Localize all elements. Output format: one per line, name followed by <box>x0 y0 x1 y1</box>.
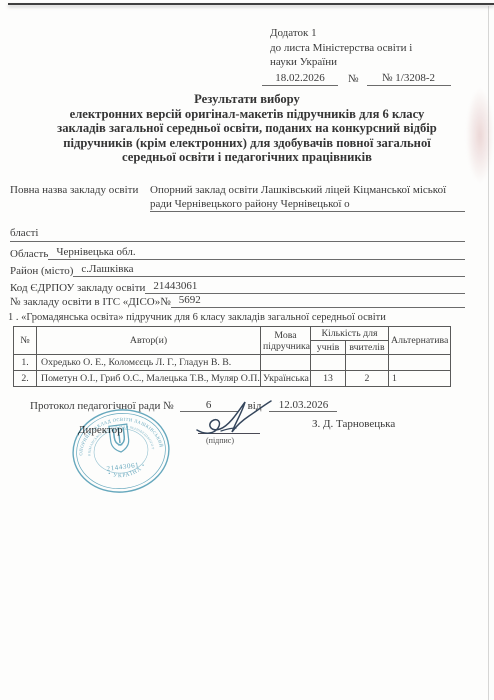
col-header-alternative: Альтернатива <box>389 327 451 355</box>
cell-alternative: 1 <box>389 371 451 387</box>
col-header-teachers: вчителів <box>346 341 389 355</box>
annex-number: № 1/3208-2 <box>367 71 451 87</box>
field-row-diso: № закладу освіти в ІТС «ДІСО»№ 5692 <box>10 294 465 308</box>
official-stamp: ОПОРНИЙ ЗАКЛАД ОСВІТИ ЛАШКІВСЬКИЙ ЛІЦЕЙ … <box>65 401 177 501</box>
title-line: електронних версій оригінал-макетів підр… <box>0 107 494 122</box>
field-value: 5692 <box>171 294 465 308</box>
school-name-value-line2: ради Чернівецького району Чернівецької о <box>150 198 465 212</box>
field-label: Район (місто) <box>10 265 73 277</box>
director-name: З. Д. Тарновецька <box>312 418 395 430</box>
table-row: 2. Пометун О.І., Гриб О.С., Малецька Т.В… <box>14 371 451 387</box>
field-row-region: Область Чернівецька обл. <box>10 246 465 260</box>
cell-num: 2. <box>14 371 37 387</box>
school-name-label: Повна назва закладу освіти <box>10 184 138 196</box>
page-title: Результати вибору електронних версій ори… <box>0 92 494 165</box>
cell-authors: Охредько О. Е., Коломєєць Л. Г., Гладун … <box>37 355 261 371</box>
table-row: 1. Охредько О. Е., Коломєєць Л. Г., Глад… <box>14 355 451 371</box>
col-header-language: Мова підручника <box>261 327 311 355</box>
field-row-edrpou: Код ЄДРПОУ закладу освіти 21443061 <box>10 280 465 294</box>
field-value: с.Лашківка <box>73 263 465 277</box>
col-header-authors: Автор(и) <box>37 327 261 355</box>
cell-alternative <box>389 355 451 371</box>
field-label: № закладу освіти в ІТС «ДІСО»№ <box>10 296 171 308</box>
cell-students: 13 <box>311 371 346 387</box>
signature-scribble <box>191 398 273 438</box>
protocol-row: Протокол педагогічної ради № 6 від 12.03… <box>30 399 337 412</box>
title-line: підручників (крім електронних) для здобу… <box>0 136 494 151</box>
col-header-students: учнів <box>311 341 346 355</box>
cell-authors: Пометун О.І., Гриб О.С., Малецька Т.В., … <box>37 371 261 387</box>
col-header-quantity: Кількість для <box>311 327 389 341</box>
annex-block: Додаток 1 до листа Міністерства освіти і… <box>270 26 480 86</box>
scan-edge-line <box>8 3 494 5</box>
textbook-table: № Автор(и) Мова підручника Кількість для… <box>13 326 451 387</box>
annex-line-1: Додаток 1 <box>270 26 480 41</box>
cell-language <box>261 355 311 371</box>
protocol-date: 12.03.2026 <box>269 399 337 412</box>
cell-teachers: 2 <box>346 371 389 387</box>
col-header-num: № <box>14 327 37 355</box>
annex-line-3: науки України <box>270 55 480 70</box>
annex-date-row: 18.02.2026 № № 1/3208-2 <box>270 71 480 87</box>
field-value: 21443061 <box>145 280 465 294</box>
table-caption: 1 . «Громадянська освіта» підручник для … <box>8 312 386 323</box>
school-name-value-line3: бласті <box>10 227 465 242</box>
cell-num: 1. <box>14 355 37 371</box>
title-line: закладів загальної середньої освіти, под… <box>0 121 494 136</box>
school-name-value-line1: Опорний заклад освіти Лашківський ліцей … <box>150 184 480 196</box>
cell-students <box>311 355 346 371</box>
field-label: Область <box>10 248 48 260</box>
cell-language: Українська <box>261 371 311 387</box>
title-line: середньої освіти і педагогічних працівни… <box>0 150 494 165</box>
field-row-district: Район (місто) с.Лашківка <box>10 263 465 277</box>
field-value: Чернівецька обл. <box>48 246 465 260</box>
annex-line-2: до листа Міністерства освіти і <box>270 41 480 56</box>
field-label: Код ЄДРПОУ закладу освіти <box>10 282 145 294</box>
title-line: Результати вибору <box>0 92 494 107</box>
annex-number-sign: № <box>348 72 359 87</box>
cell-teachers <box>346 355 389 371</box>
annex-date: 18.02.2026 <box>262 71 338 87</box>
